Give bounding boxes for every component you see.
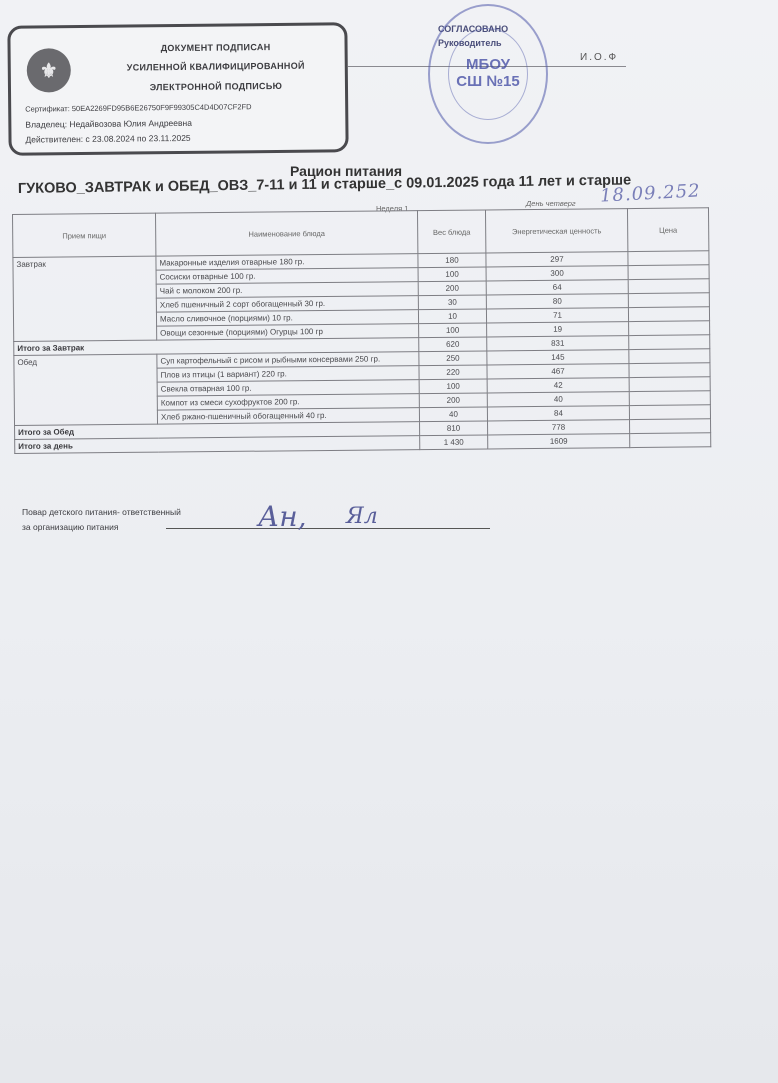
footer-line-1: Повар детского питания- ответственный [22, 505, 181, 520]
signature-heading-3: ЭЛЕКТРОННОЙ ПОДПИСЬЮ [101, 80, 331, 92]
school-seal: МБОУ СШ №15 [428, 4, 548, 144]
dish-energy: 42 [487, 378, 629, 393]
seal-line-1: МБОУ [430, 56, 546, 73]
dish-price [629, 391, 710, 406]
dish-weight: 250 [419, 351, 487, 366]
dish-weight: 180 [418, 253, 486, 268]
dish-price [629, 377, 710, 392]
table-header-row: Прием пищи Наименование блюда Вес блюда … [13, 208, 709, 258]
dish-energy: 84 [487, 406, 629, 421]
dish-weight: 10 [418, 309, 486, 324]
coat-of-arms-icon: ⚜ [27, 48, 71, 92]
menu-table: Прием пищи Наименование блюда Вес блюда … [12, 207, 711, 454]
signature-heading-2: УСИЛЕННОЙ КВАЛИФИЦИРОВАННОЙ [101, 60, 331, 72]
handwritten-signature-1: Ан, [258, 500, 307, 533]
signature-line [166, 528, 490, 529]
col-meal: Прием пищи [13, 213, 156, 257]
dish-weight: 100 [419, 323, 487, 338]
approval-fio: И.О.Ф [580, 52, 618, 63]
dish-energy: 467 [487, 364, 629, 379]
total-weight: 620 [419, 337, 487, 352]
page-subtitle: ГУКОВО_ЗАВТРАК и ОБЕД_ОВЗ_7-11 и 11 и ст… [18, 172, 631, 197]
total-energy: 778 [488, 420, 630, 435]
document-page: ⚜ ДОКУМЕНТ ПОДПИСАН УСИЛЕННОЙ КВАЛИФИЦИР… [0, 0, 778, 1083]
certificate-owner: Владелец: Недайвозова Юлия Андреевна [25, 118, 192, 130]
dish-weight: 30 [418, 295, 486, 310]
dish-energy: 40 [487, 392, 629, 407]
dish-energy: 64 [486, 280, 628, 295]
dish-price [628, 279, 709, 294]
dish-price [628, 293, 709, 308]
seal-line-2: СШ №15 [430, 73, 546, 90]
handwritten-signature-2: Ял [346, 504, 378, 529]
dish-price [628, 265, 709, 280]
electronic-signature-stamp: ⚜ ДОКУМЕНТ ПОДПИСАН УСИЛЕННОЙ КВАЛИФИЦИР… [7, 22, 348, 156]
dish-energy: 80 [486, 294, 628, 309]
col-price: Цена [627, 208, 708, 252]
day-total-energy: 1609 [488, 434, 630, 449]
total-energy: 831 [487, 336, 629, 351]
total-weight: 810 [420, 421, 488, 436]
dish-price [629, 321, 710, 336]
dish-weight: 100 [419, 379, 487, 394]
dish-energy: 297 [486, 252, 628, 267]
dish-price [629, 405, 710, 420]
day-label: День четверг [526, 199, 576, 208]
dish-weight: 200 [419, 393, 487, 408]
meal-name: Завтрак [13, 256, 157, 341]
dish-energy: 71 [486, 308, 628, 323]
dish-energy: 145 [487, 350, 629, 365]
handwritten-date: 18.09.252 [600, 180, 702, 206]
day-total-label: Итого за день [15, 436, 420, 454]
dish-weight: 40 [419, 407, 487, 422]
dish-price [628, 307, 709, 322]
dish-price [629, 363, 710, 378]
col-dish: Наименование блюда [155, 211, 417, 257]
dish-price [628, 251, 709, 266]
col-energy: Энергетическая ценность [485, 209, 627, 253]
total-price [629, 335, 710, 350]
dish-weight: 220 [419, 365, 487, 380]
dish-price [629, 349, 710, 364]
signature-heading-1: ДОКУМЕНТ ПОДПИСАН [101, 41, 331, 53]
total-price [630, 419, 711, 434]
col-weight: Вес блюда [417, 210, 485, 254]
menu-table-wrap: Прием пищи Наименование блюда Вес блюда … [12, 207, 710, 454]
day-total-weight: 1 430 [420, 435, 488, 450]
menu-table-body: ЗавтракМакаронные изделия отварные 180 г… [13, 251, 711, 454]
footer-line-2: за организацию питания [22, 520, 181, 535]
footer-responsible: Повар детского питания- ответственный за… [22, 505, 181, 535]
day-total-price [630, 433, 711, 448]
dish-weight: 200 [418, 281, 486, 296]
dish-energy: 300 [486, 266, 628, 281]
certificate-number: Сертификат: 50EA2269FD95B6E26750F9F99305… [25, 102, 251, 113]
certificate-validity: Действителен: с 23.08.2024 по 23.11.2025 [25, 133, 190, 145]
seal-text: МБОУ СШ №15 [430, 56, 546, 90]
dish-energy: 19 [487, 322, 629, 337]
dish-weight: 100 [418, 267, 486, 282]
meal-name: Обед [14, 354, 158, 425]
